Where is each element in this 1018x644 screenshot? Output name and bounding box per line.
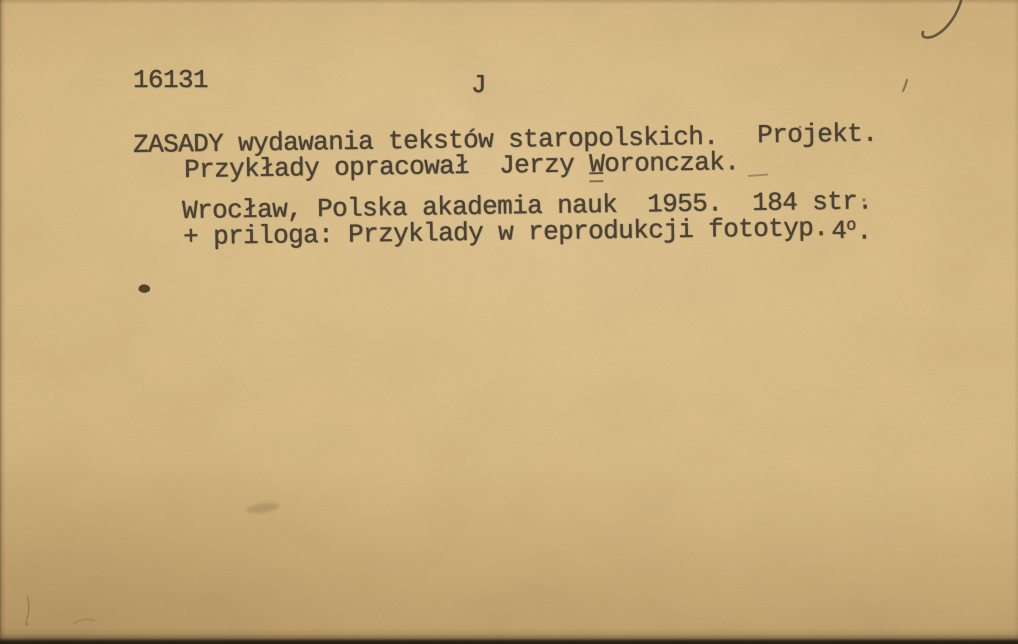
scanned-catalog-card: 16131 J ZASADY wydawania tekstów staropo… xyxy=(0,0,1018,644)
format-number: 4 xyxy=(831,216,846,246)
catalog-number: 16131 xyxy=(133,67,208,93)
paper-background xyxy=(0,0,1018,644)
format-period: . xyxy=(856,216,871,246)
format-ordinal-superscript: o xyxy=(846,217,856,236)
title-suffix: Projekt. xyxy=(757,121,877,149)
author-line: Przykłady opracował Jerzy Woronczak. xyxy=(184,149,739,183)
section-letter: J xyxy=(471,72,486,98)
author-statement: Przykłady opracował Jerzy xyxy=(184,149,589,185)
author-surname-rest: oronczak. xyxy=(604,147,739,179)
author-surname-initial-underlined: W xyxy=(589,151,604,177)
